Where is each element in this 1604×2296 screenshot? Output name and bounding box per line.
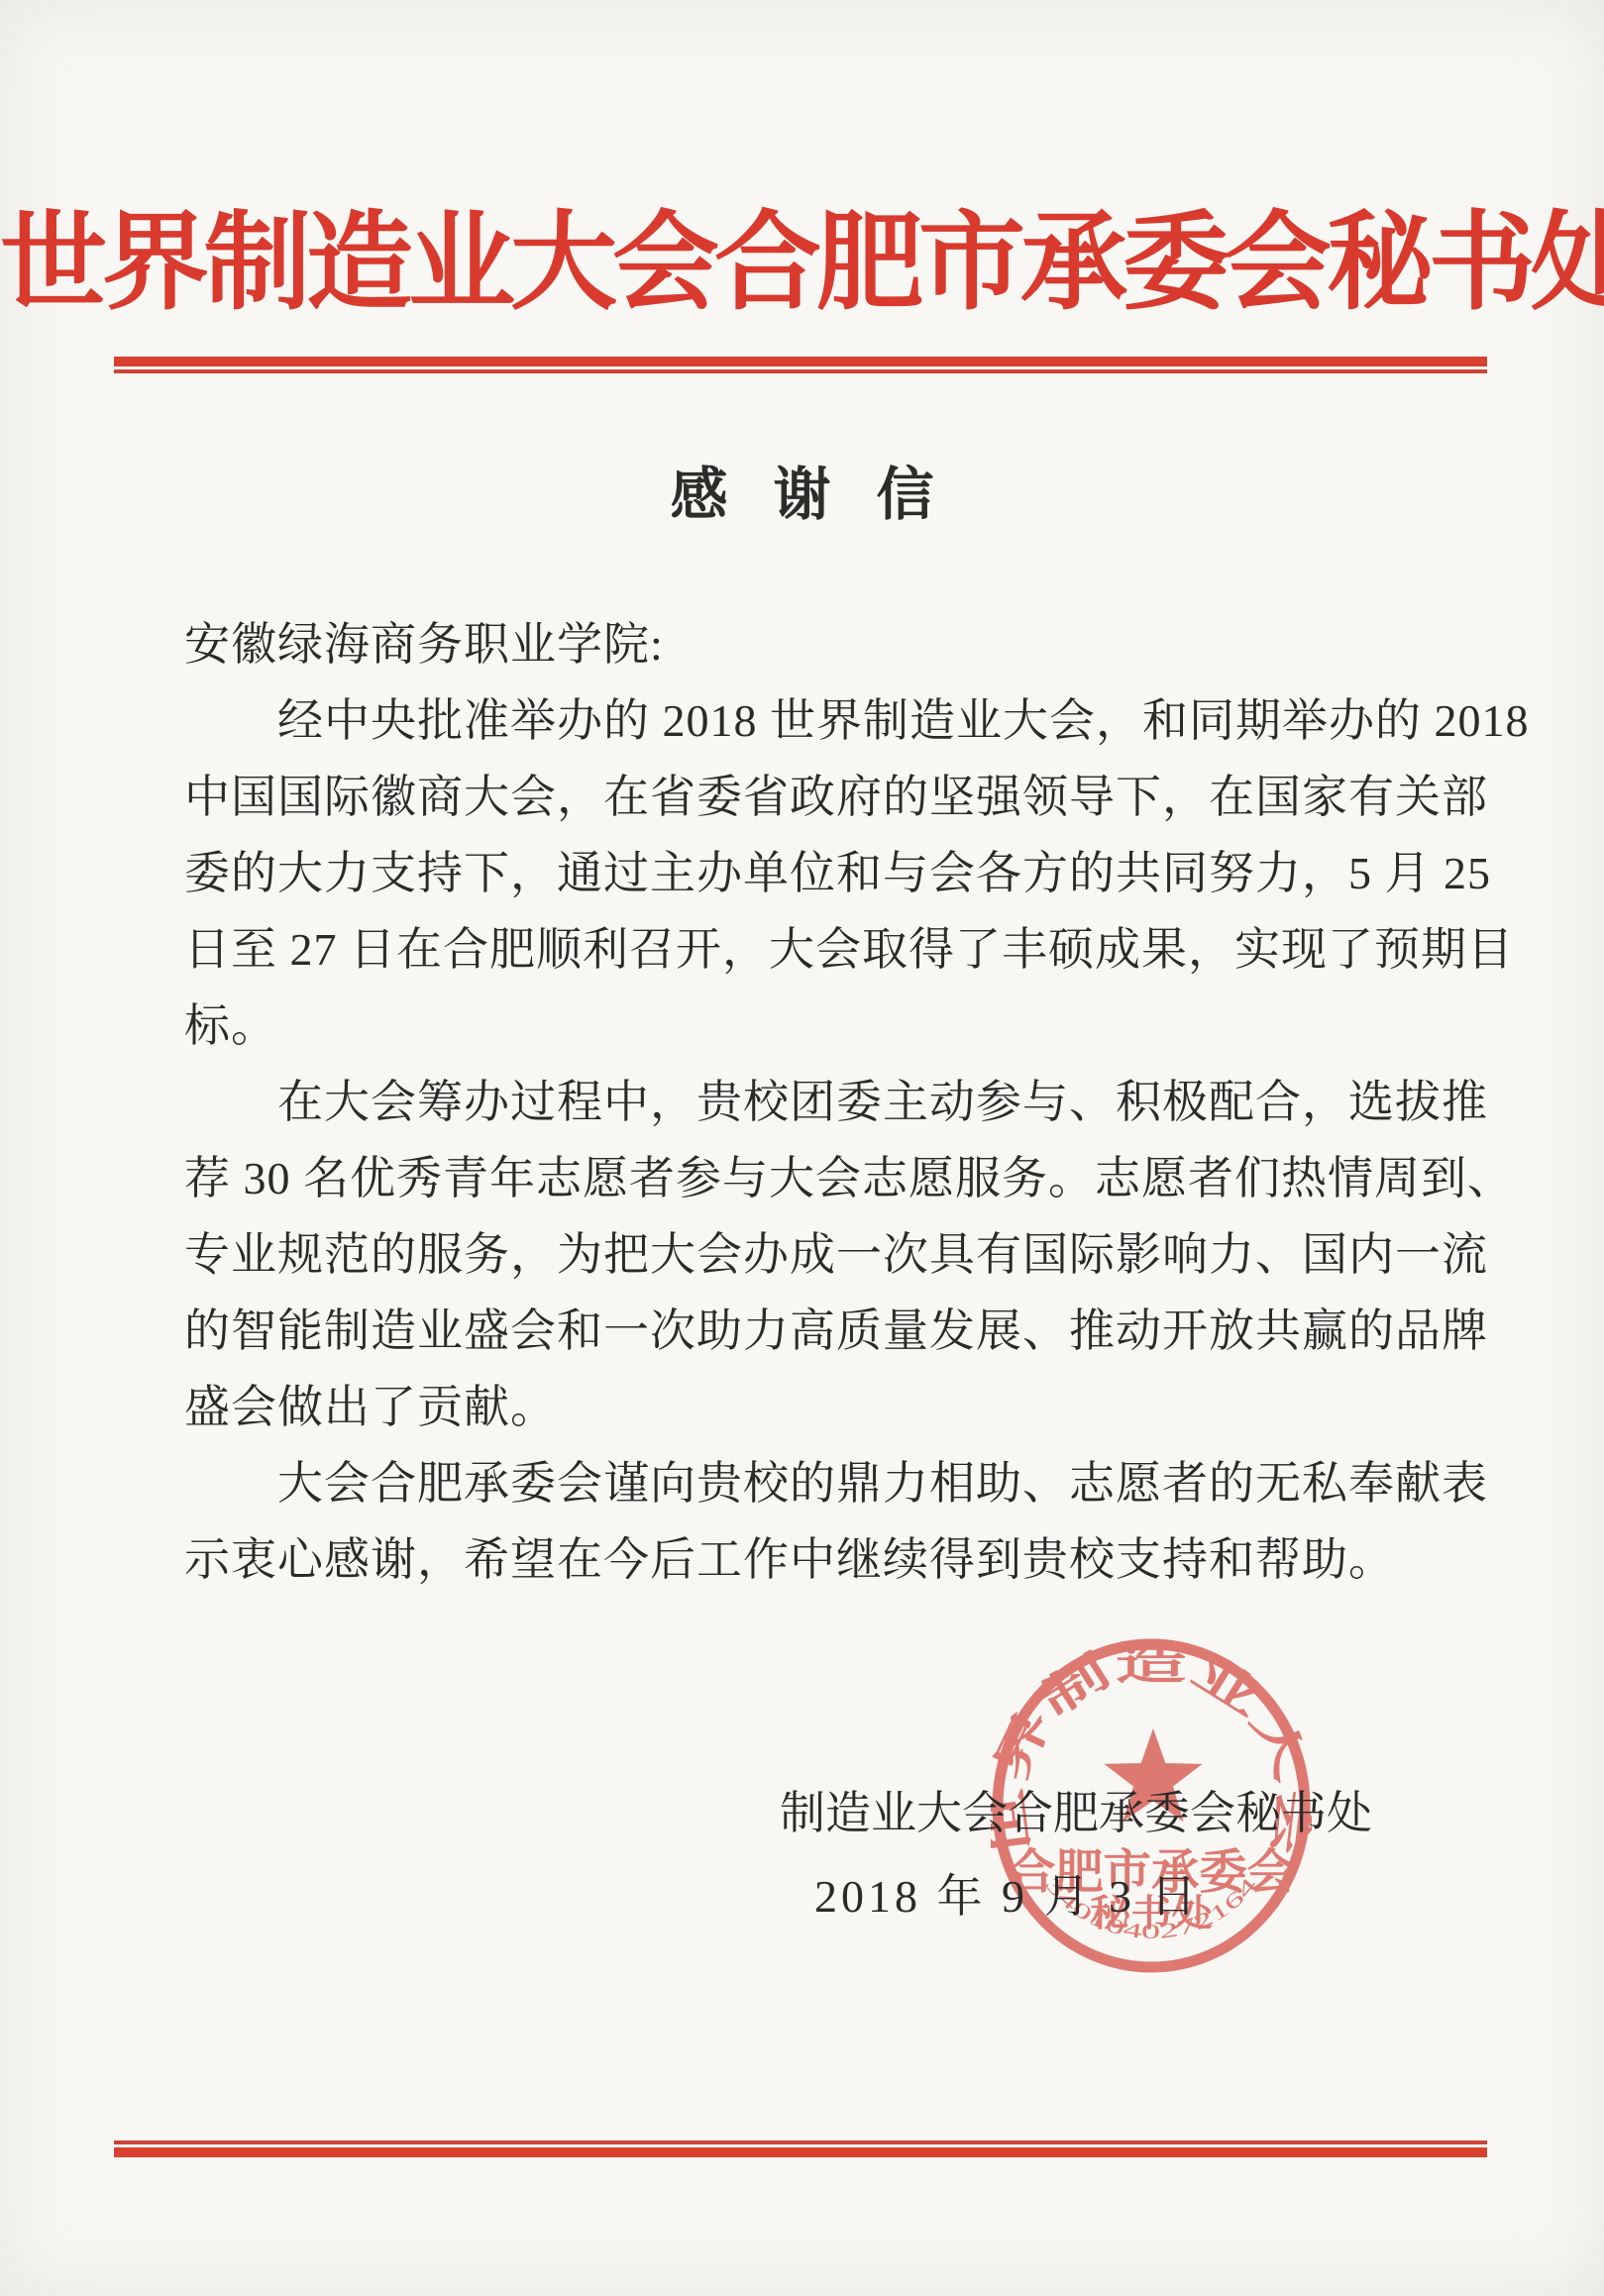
body-line: 标。 — [184, 988, 1448, 1064]
footer-rule — [114, 2140, 1487, 2157]
scanned-letter-page: 世界制造业大会合肥市承委会秘书处 感谢信 安徽绿海商务职业学院: 经中央批准举办… — [0, 0, 1604, 2296]
header-rule-thin-line — [114, 369, 1487, 373]
body-line: 的智能制造业盛会和一次助力高质量发展、推动开放共赢的品牌 — [184, 1293, 1448, 1369]
signature-name: 制造业大会合肥承委会秘书处 — [771, 1777, 1381, 1842]
body-line: 示衷心感谢，希望在今后工作中继续得到贵校支持和帮助。 — [184, 1521, 1448, 1598]
body-text: 安徽绿海商务职业学院: 经中央批准举办的 2018 世界制造业大会，和同期举办的… — [184, 606, 1448, 1598]
body-lines-container: 经中央批准举办的 2018 世界制造业大会，和同期举办的 2018中国国际徽商大… — [184, 682, 1448, 1598]
header-rule — [114, 357, 1487, 373]
header-rule-thick-line — [114, 357, 1487, 366]
letter-title: 感谢信 — [0, 448, 1604, 531]
body-line: 委的大力支持下，通过主办单位和与会各方的共同努力，5 月 25 — [184, 835, 1448, 911]
body-line: 在大会筹办过程中，贵校团委主动参与、积极配合，选拔推 — [184, 1064, 1448, 1140]
body-line: 大会合肥承委会谨向贵校的鼎力相助、志愿者的无私奉献表 — [184, 1445, 1448, 1521]
signature-date: 2018 年 9 月 3 日 — [814, 1860, 1425, 1926]
body-line: 专业规范的服务，为把大会办成一次具有国际影响力、国内一流 — [184, 1216, 1448, 1293]
letterhead-title: 世界制造业大会合肥市承委会秘书处 — [0, 203, 1604, 326]
body-line: 荐 30 名优秀青年志愿者参与大会志愿服务。志愿者们热情周到、 — [184, 1140, 1448, 1216]
body-line: 经中央批准举办的 2018 世界制造业大会，和同期举办的 2018 — [184, 682, 1448, 759]
footer-rule-thick-line — [114, 2147, 1487, 2157]
body-line: 中国国际徽商大会，在省委省政府的坚强领导下，在国家有关部 — [184, 759, 1448, 835]
salutation-line: 安徽绿海商务职业学院: — [184, 606, 1448, 682]
body-line: 盛会做出了贡献。 — [184, 1369, 1448, 1445]
body-line: 日至 27 日在合肥顺利召开，大会取得了丰硕成果，实现了预期目 — [184, 911, 1448, 988]
